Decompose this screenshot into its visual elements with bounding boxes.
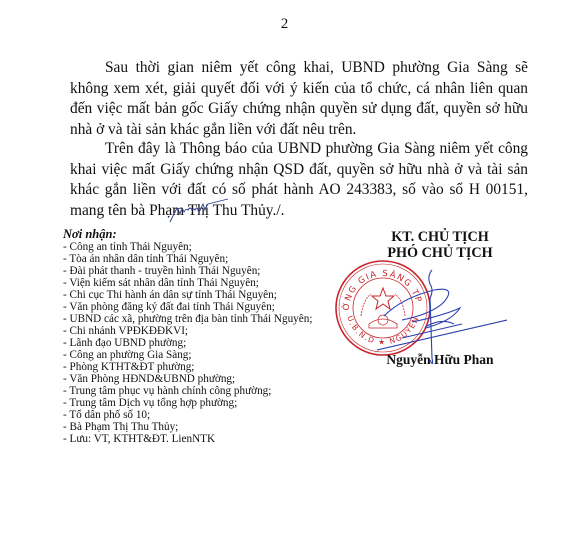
recipient-item: - Trung tâm Dịch vụ tổng hợp phường; [63, 397, 312, 409]
recipient-item: - Chi nhánh VPĐKĐĐKVI; [63, 325, 312, 337]
recipient-item: - UBND các xã, phường trên địa bàn tỉnh … [63, 313, 312, 325]
recipient-item: - Công an tỉnh Thái Nguyên; [63, 241, 312, 253]
initial-signature-icon [168, 196, 230, 224]
recipients-title: Nơi nhận: [63, 228, 312, 241]
recipient-item: - Lưu: VT, KTHT&ĐT. LienNTK [63, 433, 312, 445]
recipient-item: - Đài phát thanh - truyền hình Thái Nguy… [63, 265, 312, 277]
signer-name: Nguyễn Hữu Phan [355, 352, 525, 368]
signer-title-block: KT. CHỦ TỊCH PHÓ CHỦ TỊCH [355, 229, 525, 261]
paragraph-notice-effect: Sau thời gian niêm yết công khai, UBND p… [70, 58, 528, 140]
paragraph-notice-summary: Trên đây là Thông báo của UBND phường Gi… [70, 139, 528, 221]
recipient-item: - Trung tâm phục vụ hành chính công phườ… [63, 385, 312, 397]
recipients-block: Nơi nhận: - Công an tỉnh Thái Nguyên;- T… [63, 228, 312, 445]
recipients-list: - Công an tỉnh Thái Nguyên;- Tòa án nhân… [63, 241, 312, 445]
recipient-item: - Công an phường Gia Sàng; [63, 349, 312, 361]
recipient-item: - Chi cục Thi hành án dân sự tỉnh Thái N… [63, 289, 312, 301]
recipient-item: - Tổ dân phố số 10; [63, 409, 312, 421]
recipient-item: - Phòng KTHT&ĐT phường; [63, 361, 312, 373]
recipient-item: - Lãnh đạo UBND phường; [63, 337, 312, 349]
recipient-item: - Tòa án nhân dân tỉnh Thái Nguyên; [63, 253, 312, 265]
recipient-item: - Văn phòng đăng ký đất đai tỉnh Thái Ng… [63, 301, 312, 313]
signer-title-line1: KT. CHỦ TỊCH [355, 229, 525, 245]
page-number: 2 [0, 16, 569, 33]
recipient-item: - Viện kiểm sát nhân dân tỉnh Thái Nguyê… [63, 277, 312, 289]
recipient-item: - Bà Phạm Thị Thu Thủy; [63, 421, 312, 433]
recipient-item: - Văn Phòng HĐND&UBND phường; [63, 373, 312, 385]
